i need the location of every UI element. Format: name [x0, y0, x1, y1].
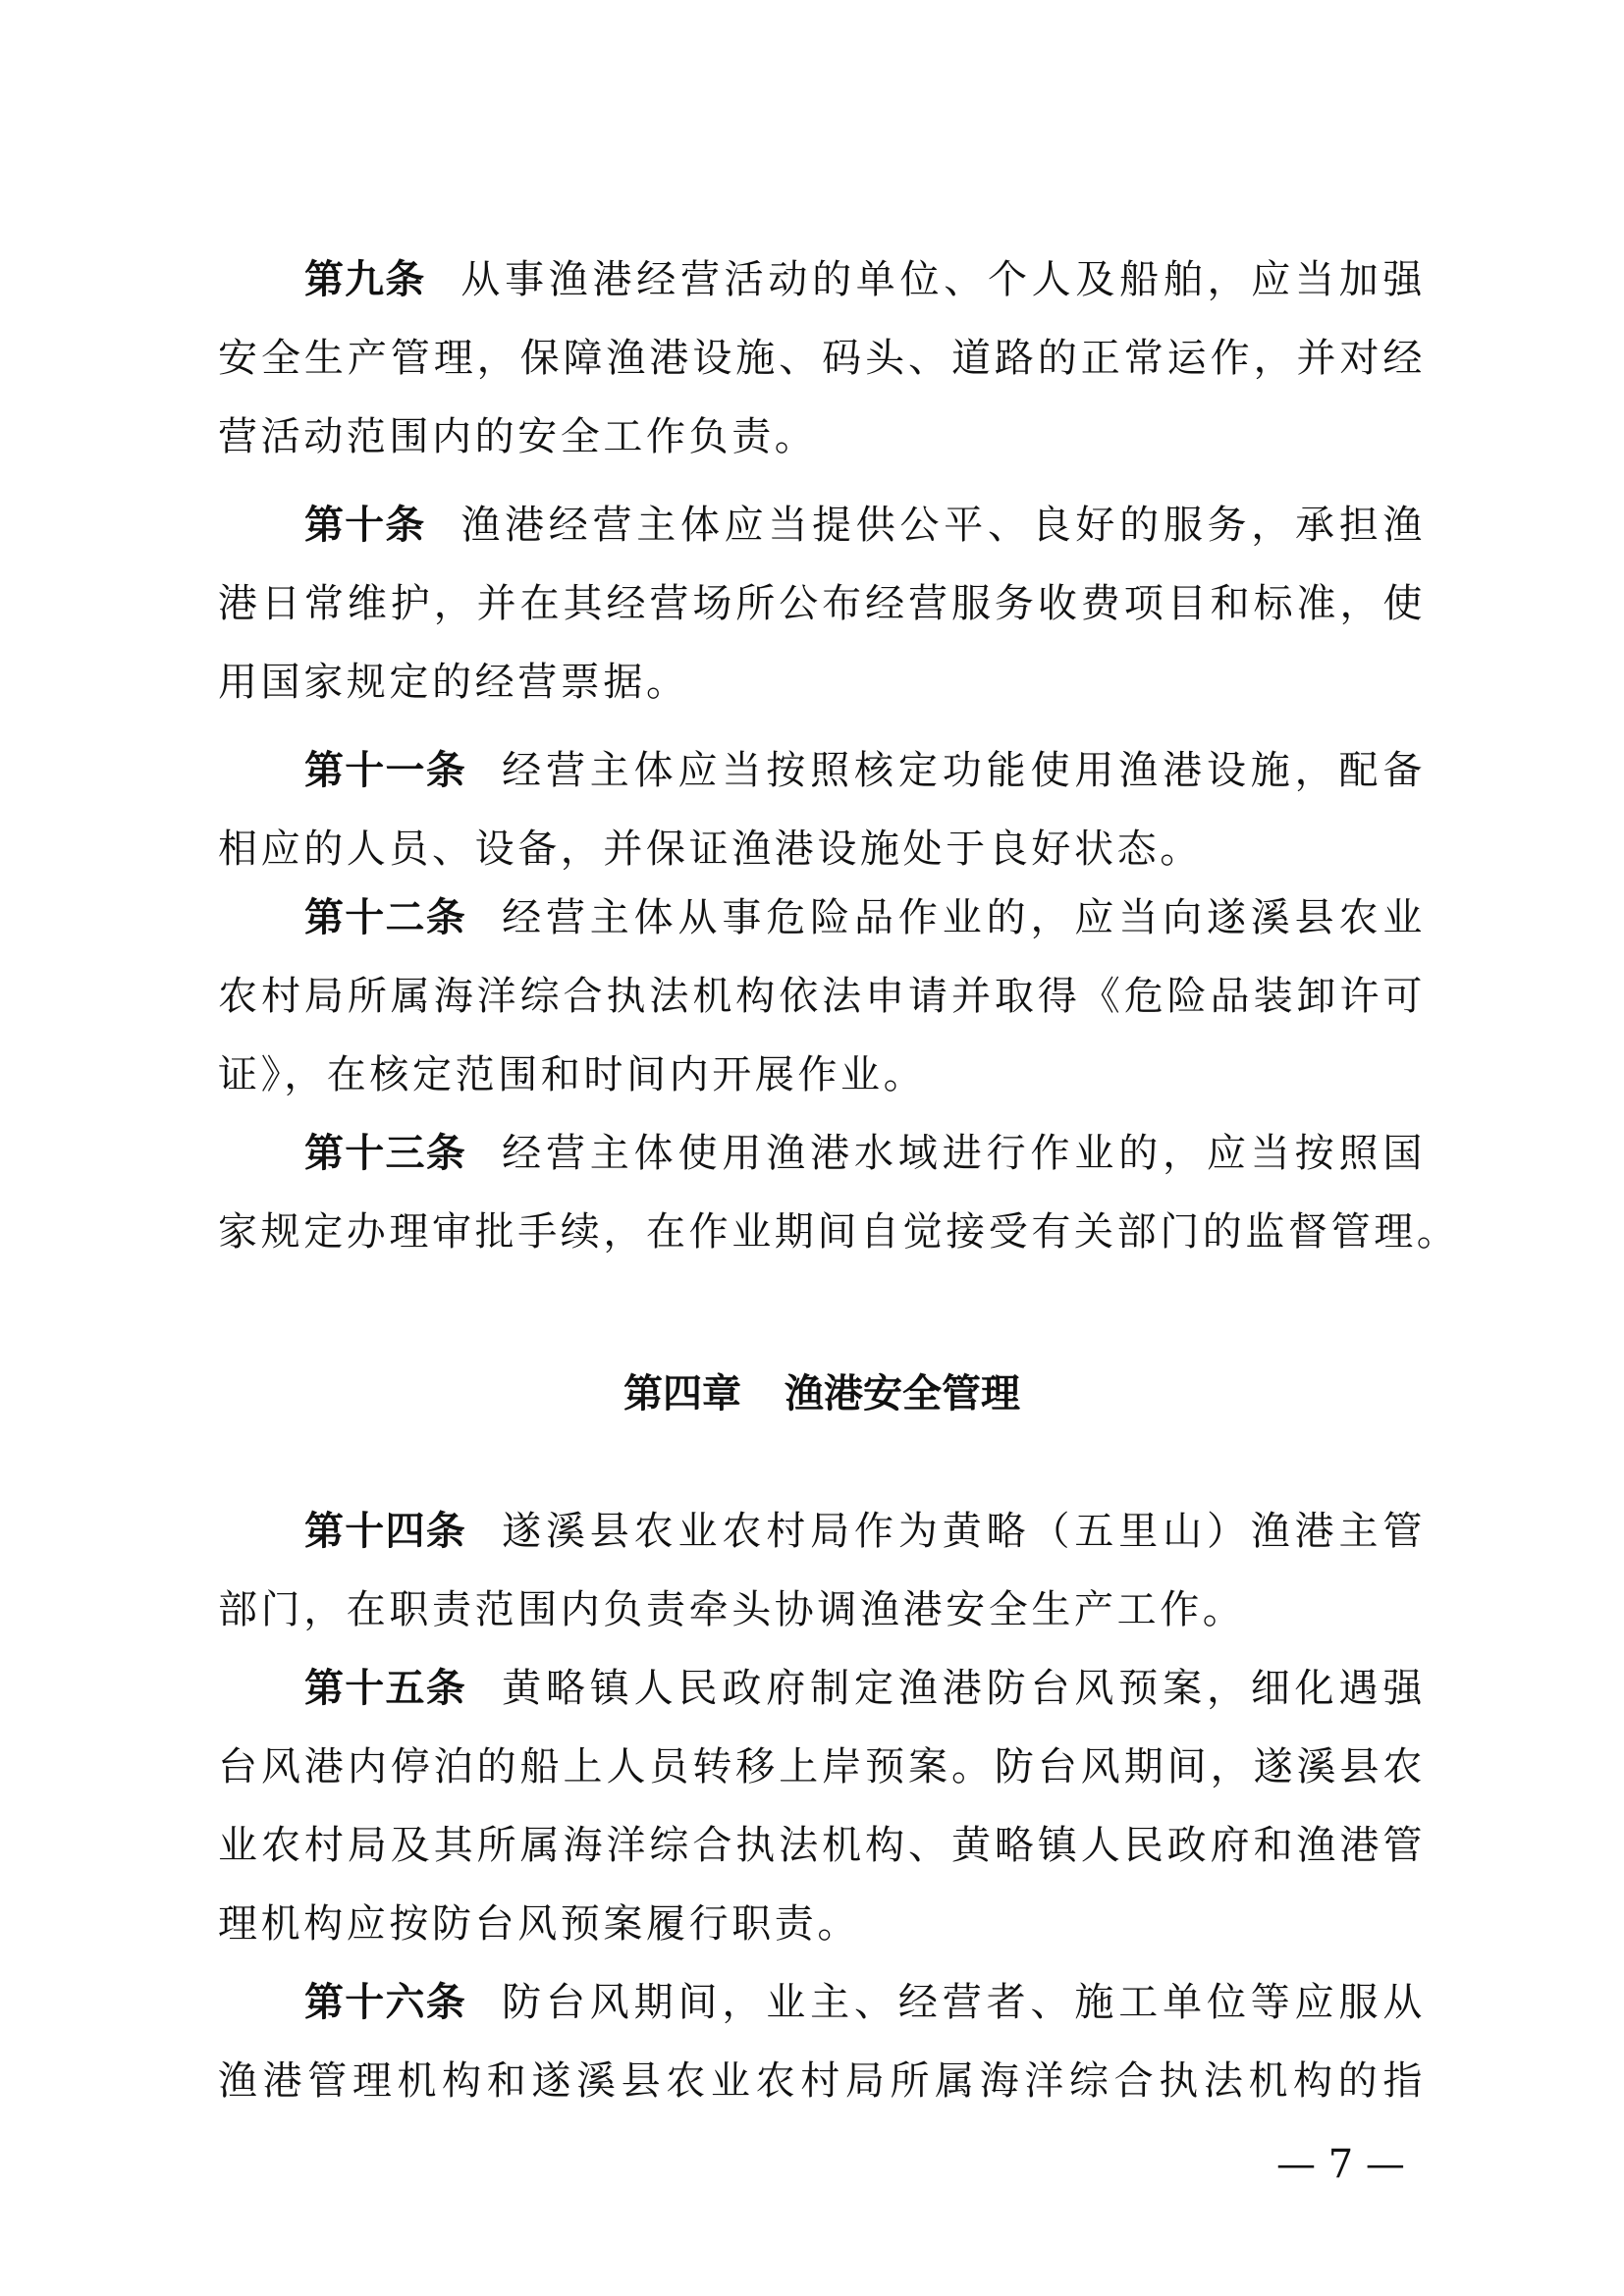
article-label: 第十四条: [304, 1509, 466, 1554]
article-text: 经营主体从事危险品作业的，应当向遂溪县农业: [502, 895, 1426, 940]
article-12-line-1: 第十二条经营主体从事危险品作业的，应当向遂溪县农业: [218, 888, 1426, 947]
page-number: — 7 —: [1276, 2135, 1405, 2194]
article-9-line-3: 营活动范围内的安全工作负责。: [218, 407, 1426, 466]
article-text: 从事渔港经营活动的单位、个人及船舶，应当加强: [460, 257, 1426, 302]
article-13-line-2: 家规定办理审批手续，在作业期间自觉接受有关部门的监督管理。: [218, 1202, 1426, 1261]
article-label: 第十一条: [304, 748, 466, 793]
article-text: 防台风期间，业主、经营者、施工单位等应服从: [502, 1980, 1426, 2025]
article-label: 第十条: [304, 503, 425, 548]
article-12-line-3: 证》，在核定范围和时间内开展作业。: [218, 1045, 1426, 1104]
article-text: 经营主体使用渔港水域进行作业的，应当按照国: [502, 1131, 1426, 1176]
article-label: 第十五条: [304, 1666, 466, 1711]
article-10-line-1: 第十条渔港经营主体应当提供公平、良好的服务，承担渔: [218, 496, 1426, 555]
article-9-line-1: 第九条从事渔港经营活动的单位、个人及船舶，应当加强: [218, 250, 1426, 309]
chapter-heading: 第四章渔港安全管理: [218, 1364, 1426, 1423]
article-label: 第十二条: [304, 895, 466, 940]
article-10-line-2: 港日常维护，并在其经营场所公布经营服务收费项目和标准，使: [218, 574, 1426, 633]
article-10-line-3: 用国家规定的经营票据。: [218, 653, 1426, 712]
article-label: 第十六条: [304, 1980, 466, 2025]
article-label: 第九条: [304, 257, 425, 302]
article-14-line-1: 第十四条遂溪县农业农村局作为黄略（五里山）渔港主管: [218, 1502, 1426, 1561]
article-11-line-2: 相应的人员、设备，并保证渔港设施处于良好状态。: [218, 820, 1426, 879]
article-16-line-1: 第十六条防台风期间，业主、经营者、施工单位等应服从: [218, 1973, 1426, 2032]
chapter-title: 渔港安全管理: [785, 1371, 1020, 1416]
article-15-line-1: 第十五条黄略镇人民政府制定渔港防台风预案，细化遇强: [218, 1659, 1426, 1718]
article-14-line-2: 部门，在职责范围内负责牵头协调渔港安全生产工作。: [218, 1580, 1426, 1639]
article-text: 渔港经营主体应当提供公平、良好的服务，承担渔: [460, 503, 1426, 548]
article-16-line-2: 渔港管理机构和遂溪县农业农村局所属海洋综合执法机构的指: [218, 2052, 1426, 2110]
article-text: 遂溪县农业农村局作为黄略（五里山）渔港主管: [502, 1509, 1426, 1554]
article-11-line-1: 第十一条经营主体应当按照核定功能使用渔港设施，配备: [218, 741, 1426, 800]
article-12-line-2: 农村局所属海洋综合执法机构依法申请并取得《危险品装卸许可: [218, 967, 1426, 1026]
article-15-line-2: 台风港内停泊的船上人员转移上岸预案。防台风期间，遂溪县农: [218, 1737, 1426, 1796]
article-15-line-3: 业农村局及其所属海洋综合执法机构、黄略镇人民政府和渔港管: [218, 1816, 1426, 1875]
article-15-line-4: 理机构应按防台风预案履行职责。: [218, 1895, 1426, 1953]
article-text: 黄略镇人民政府制定渔港防台风预案，细化遇强: [502, 1666, 1426, 1711]
chapter-number: 第四章: [623, 1371, 741, 1416]
article-13-line-1: 第十三条经营主体使用渔港水域进行作业的，应当按照国: [218, 1124, 1426, 1183]
article-text: 经营主体应当按照核定功能使用渔港设施，配备: [502, 748, 1426, 793]
article-9-line-2: 安全生产管理，保障渔港设施、码头、道路的正常运作，并对经: [218, 329, 1426, 388]
article-label: 第十三条: [304, 1131, 466, 1176]
